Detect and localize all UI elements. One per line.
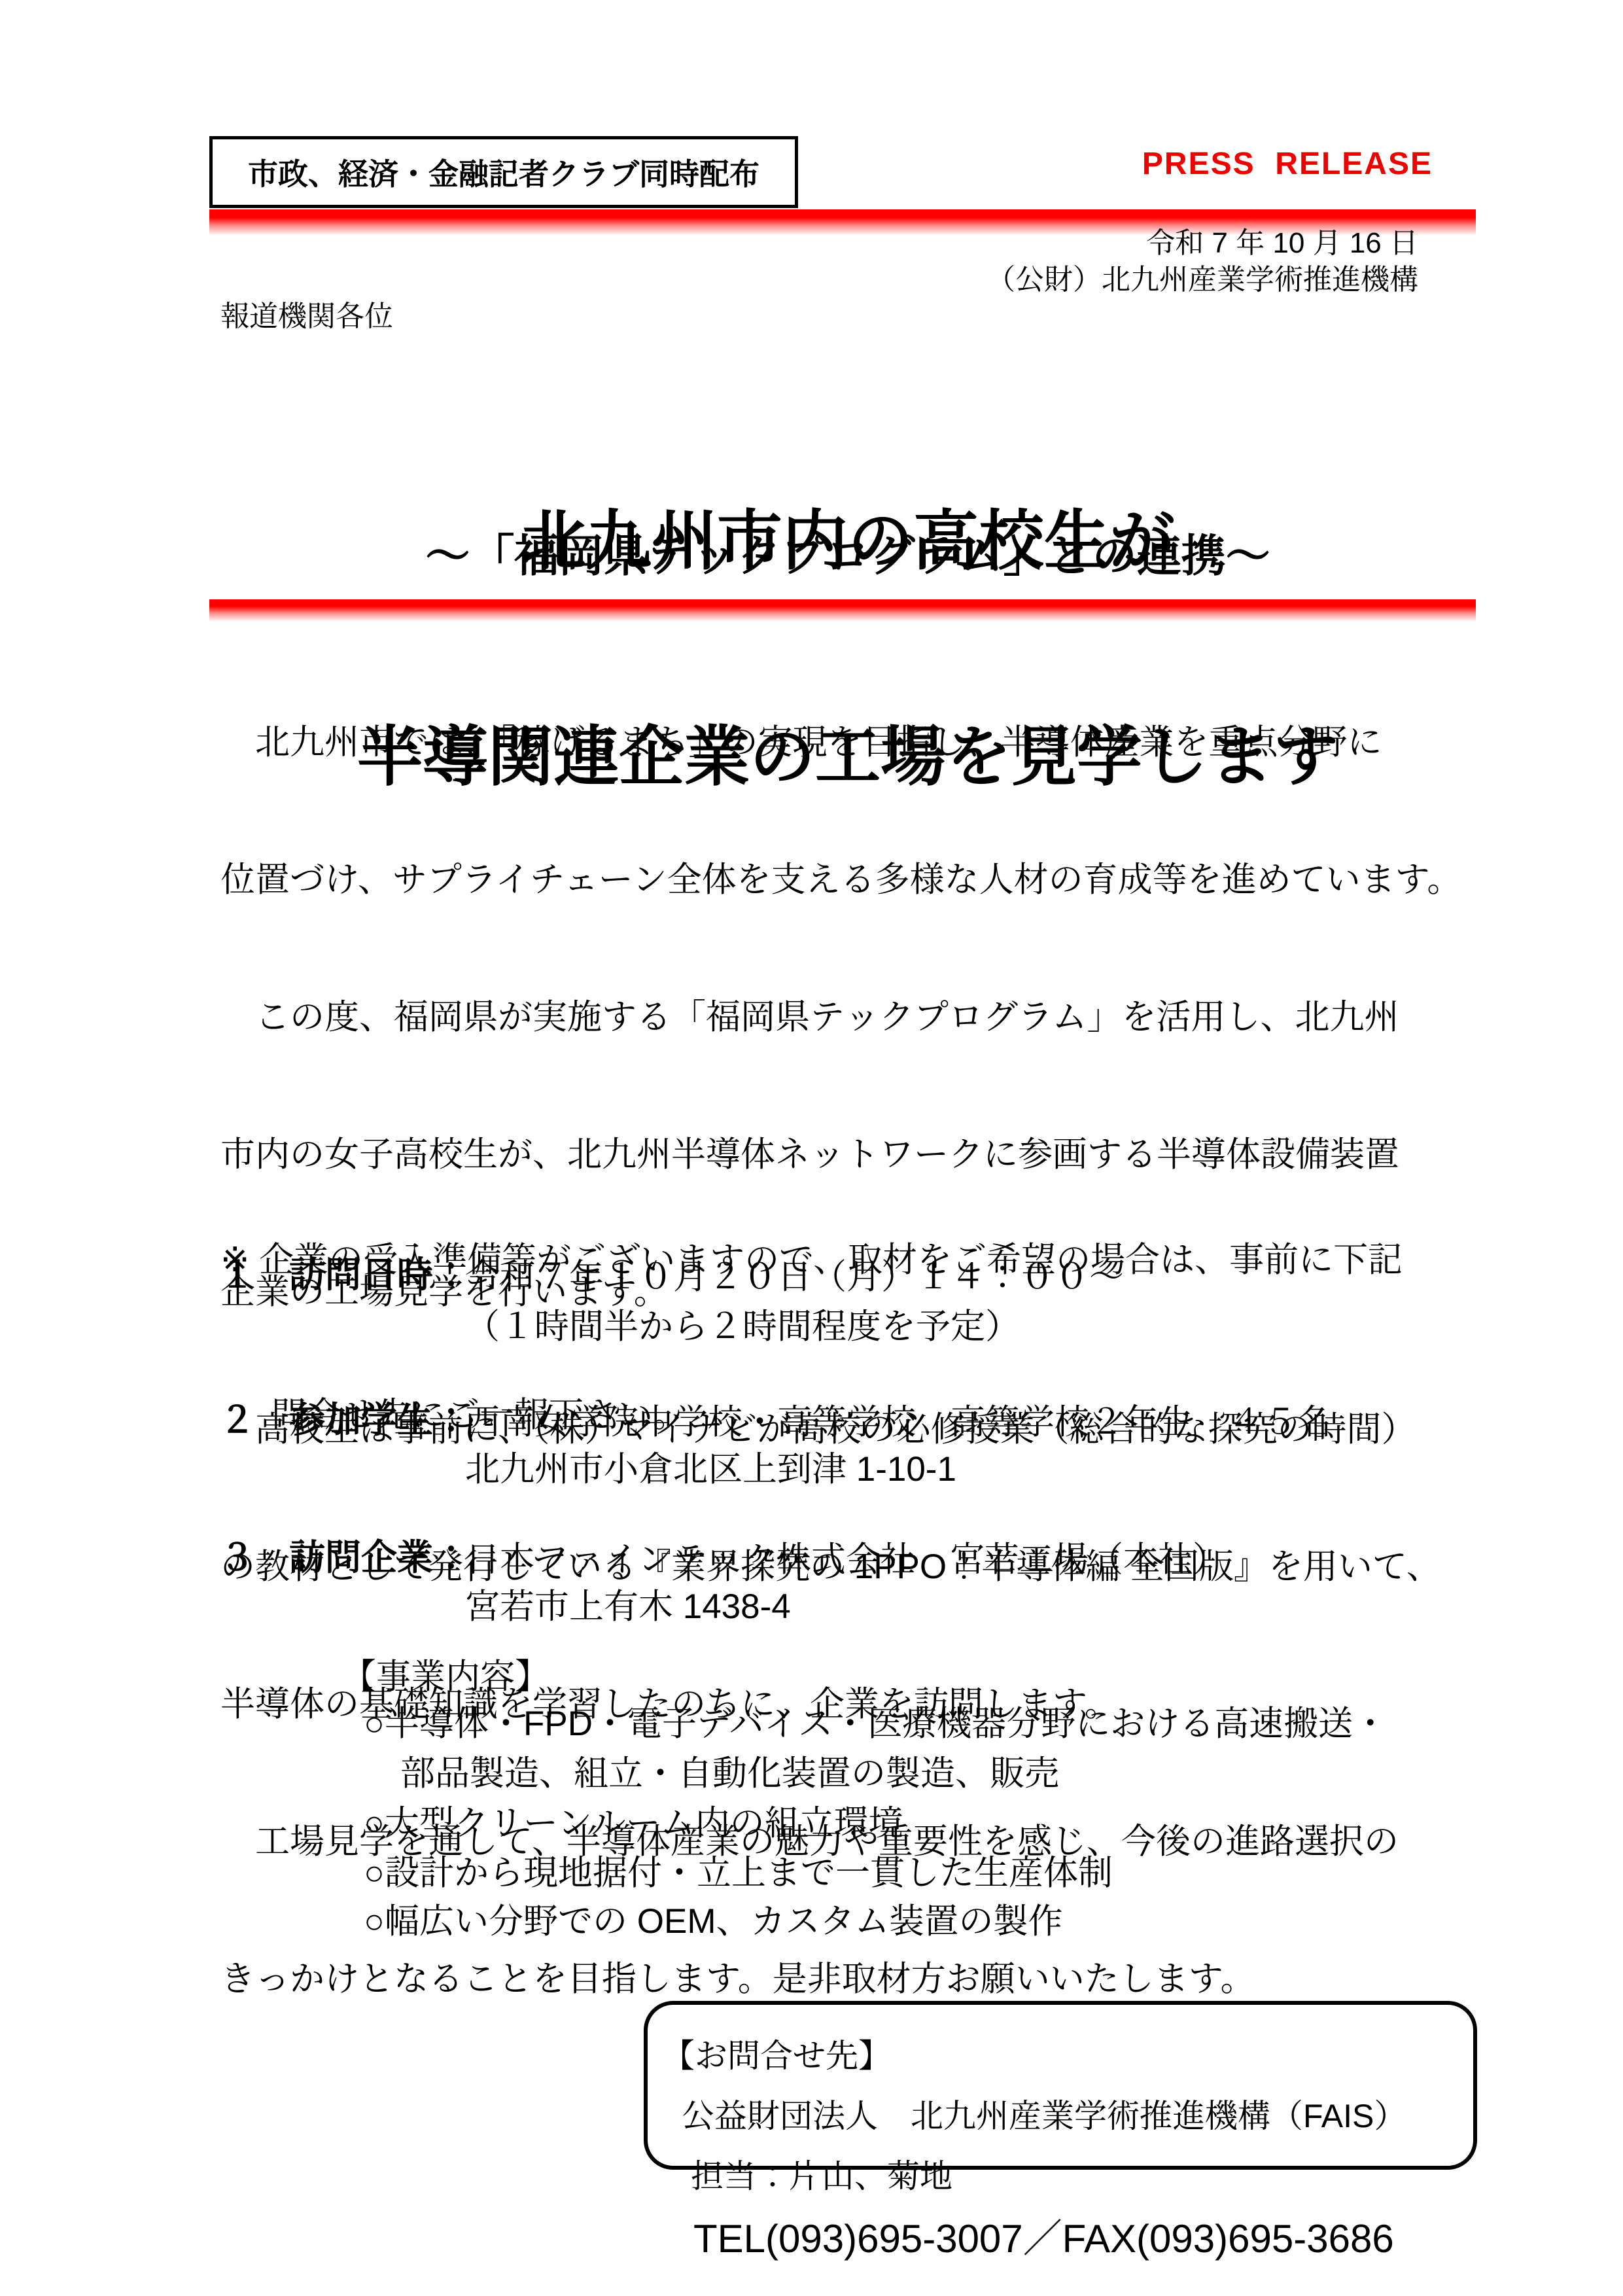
- business-line: ○半導体・FPD・電子デバイス・医療機器分野における高速搬送・: [364, 1701, 1387, 1747]
- item3-value: 日本ファインテック株式会社 宮若工場（本社）: [465, 1539, 1227, 1581]
- contact-person: 担当：片山、菊地: [691, 2158, 1473, 2195]
- item2-value: 西南女学院中学校・高等学校 高等学校２年生 ４５名: [465, 1402, 1332, 1443]
- contact-heading: 【お問合せ先】: [662, 2038, 1473, 2074]
- contact-organization: 公益財団法人 北九州産業学術推進機構（FAIS）: [682, 2098, 1473, 2134]
- business-section-heading: 【事業内容】: [341, 1654, 550, 1700]
- business-line: ○幅広い分野での OEM、カスタム装置の製作: [364, 1899, 1062, 1945]
- addressee: 報道機関各位: [220, 298, 393, 335]
- item3-value-line2: 宮若市上有木 1438-4: [465, 1586, 791, 1628]
- press-release-document: 市政、経済・金融記者クラブ同時配布 PRESS RELEASE 令和 7 年 1…: [0, 0, 1623, 2296]
- item2-value-line2: 北九州市小倉北区上到津 1-10-1: [465, 1449, 956, 1491]
- business-line: ○設計から現地据付・立上まで一貫した生産体制: [364, 1850, 1113, 1896]
- contact-box: 【お問合せ先】 公益財団法人 北九州産業学術推進機構（FAIS） 担当：片山、菊…: [644, 2001, 1477, 2170]
- business-line: 部品製造、組立・自動化装置の製造、販売: [400, 1751, 1059, 1797]
- body-line: この度、福岡県が実施する「福岡県テックプログラム」を活用し、北九州: [220, 995, 1461, 1040]
- subtitle: ～「福岡県テックプログラム」との連携～: [219, 530, 1476, 582]
- item1-value-line2: （１時間半から２時間程度を予定）: [465, 1306, 1020, 1348]
- contact-tel-fax: TEL(093)695-3007／FAX(093)695-3686: [693, 2218, 1473, 2260]
- body-line: 位置づけ、サプライチェーン全体を支える多様な人材の育成等を進めています。: [220, 857, 1461, 903]
- item1-value: 令和７年１０月２０日（月）１４：００～: [465, 1256, 1124, 1298]
- item3-number: ３: [219, 1536, 255, 1578]
- item2-label: 参加学生：: [289, 1399, 469, 1441]
- body-line: 北九州市では、「稼げるまち」の実現を目指し、半導体産業を重点分野に: [220, 720, 1461, 766]
- business-line: ○大型クリーンルーム内の組立環境: [364, 1801, 903, 1846]
- item2-number: ２: [219, 1399, 255, 1441]
- press-release-label: PRESS RELEASE: [1142, 145, 1433, 183]
- item1-label: 訪問日時：: [289, 1254, 469, 1296]
- item3-label: 訪問企業：: [289, 1536, 469, 1578]
- red-divider-under-title: [209, 599, 1476, 622]
- item1-number: １: [219, 1254, 255, 1296]
- document-date: 令和 7 年 10 月 16 日: [1146, 225, 1418, 262]
- distribution-note-box: 市政、経済・金融記者クラブ同時配布: [209, 136, 798, 208]
- issuing-organization: （公財）北九州産業学術推進機構: [986, 262, 1418, 298]
- body-line: きっかけとなることを目指します。是非取材方お願いいたします。: [220, 1956, 1461, 2002]
- distribution-note-text: 市政、経済・金融記者クラブ同時配布: [248, 150, 759, 194]
